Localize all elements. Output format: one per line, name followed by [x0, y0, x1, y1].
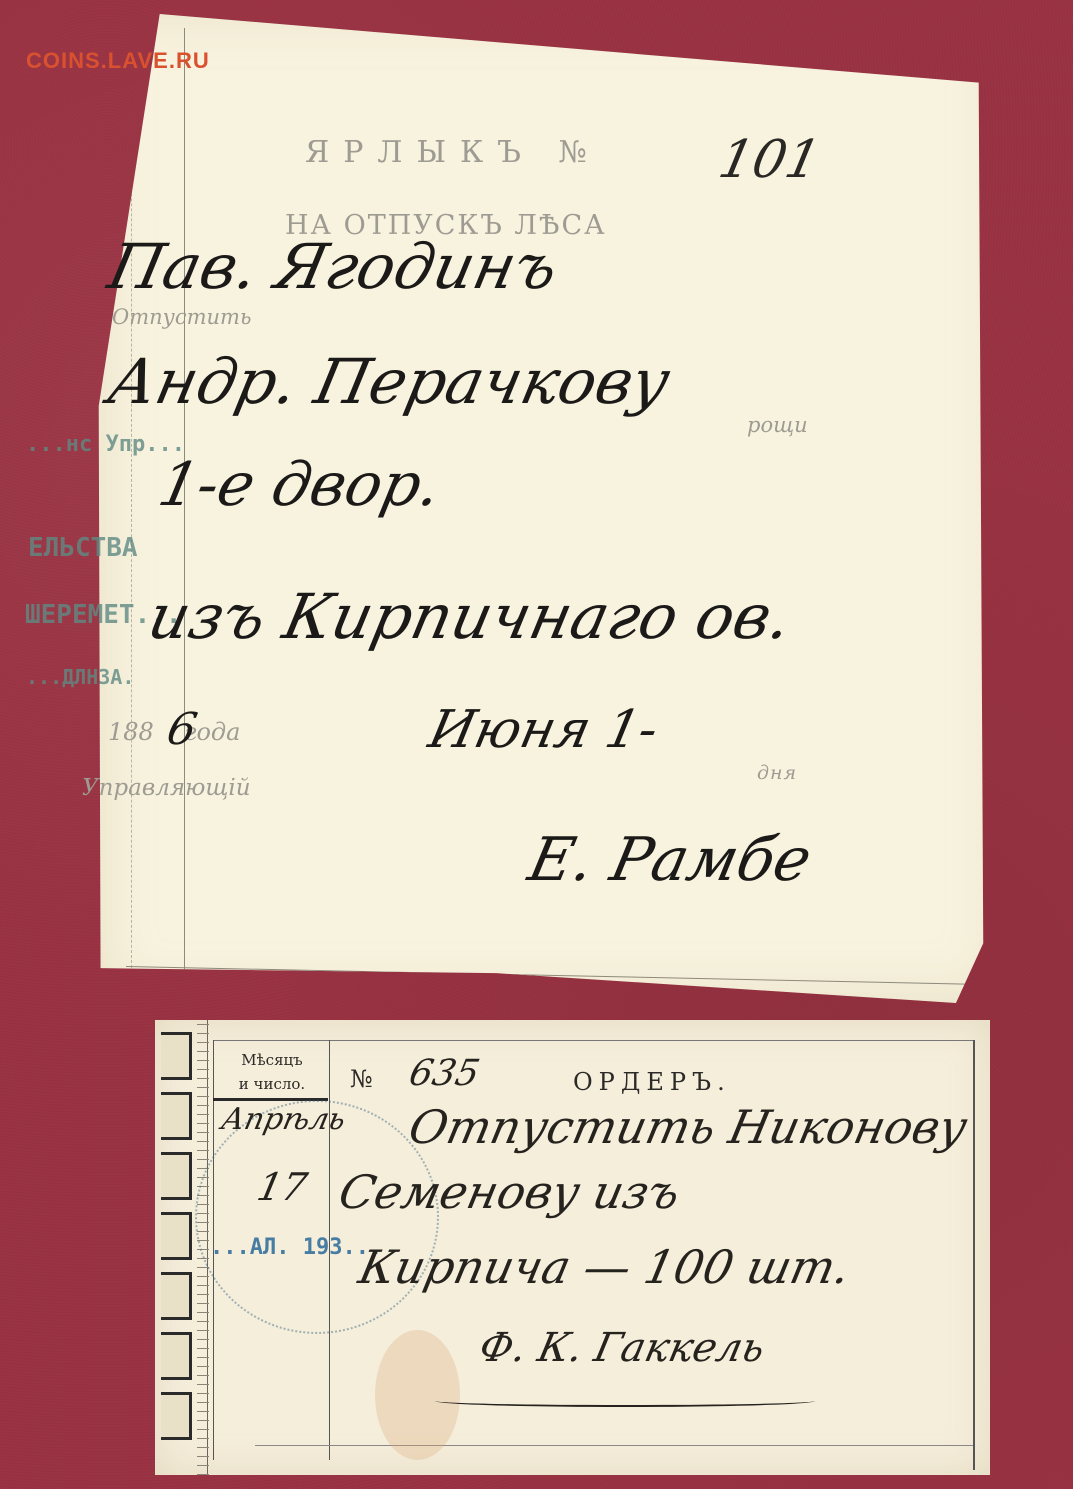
handwritten-signature: Е. Рамбе: [523, 825, 818, 895]
stamp-fragment: ...ДЛНЗА.: [26, 665, 134, 689]
stub-mark: [161, 1272, 192, 1320]
order-month: Апрѣль: [218, 1102, 349, 1137]
right-rule: [973, 1040, 975, 1470]
order-line: Кирпича — 100 шт.: [354, 1240, 855, 1294]
bottom-rule: [255, 1445, 973, 1446]
perforation-line: [131, 28, 133, 978]
order-number: 635: [406, 1053, 483, 1094]
column-header-month: Мѣсяцъ: [217, 1048, 327, 1072]
handwritten-line: 1-е двор.: [153, 450, 447, 520]
stamp-fragment: ...нс Упр...: [26, 432, 185, 457]
handwritten-line: Андр. Перачкову: [102, 345, 676, 418]
column-header-day: и число.: [217, 1072, 327, 1096]
handwritten-number: 101: [714, 130, 826, 190]
order-day: 17: [253, 1165, 311, 1209]
stub-mark: [161, 1152, 192, 1200]
document-title: ЯРЛЫКЪ №: [305, 135, 601, 170]
year-prefix: 188: [108, 718, 154, 746]
order-line: Отпустить Никонову: [404, 1100, 972, 1154]
signature-flourish: [435, 1395, 815, 1407]
stub-mark: [161, 1332, 192, 1380]
handwritten-line: изъ Кирпичнаго ов.: [142, 580, 798, 653]
order-title: ОРДЕРЪ.: [573, 1068, 731, 1096]
stub-mark: [161, 1032, 192, 1080]
grove-label: рощи: [747, 413, 808, 437]
day-label: дня: [757, 762, 797, 784]
stub-mark: [161, 1392, 192, 1440]
number-label: №: [350, 1065, 373, 1093]
manager-label: Управляющій: [82, 775, 251, 801]
date-column-header: Мѣсяцъ и число.: [217, 1048, 327, 1096]
watermark: COINS.LAVE.RU: [26, 48, 210, 74]
order-signature: Ф. К. Гаккель: [475, 1325, 769, 1371]
handwritten-date: Июня 1-: [424, 700, 664, 760]
handwritten-line: Пав. Ягодинъ: [102, 230, 564, 303]
stub-mark: [161, 1212, 192, 1260]
bottom-rule: [126, 966, 996, 985]
order-line: Семенову изъ: [334, 1165, 685, 1219]
stub-mark: [161, 1092, 192, 1140]
release-label: Отпустить: [112, 305, 251, 329]
stamp-fragment: ЕЛЬСТВА: [28, 533, 138, 563]
